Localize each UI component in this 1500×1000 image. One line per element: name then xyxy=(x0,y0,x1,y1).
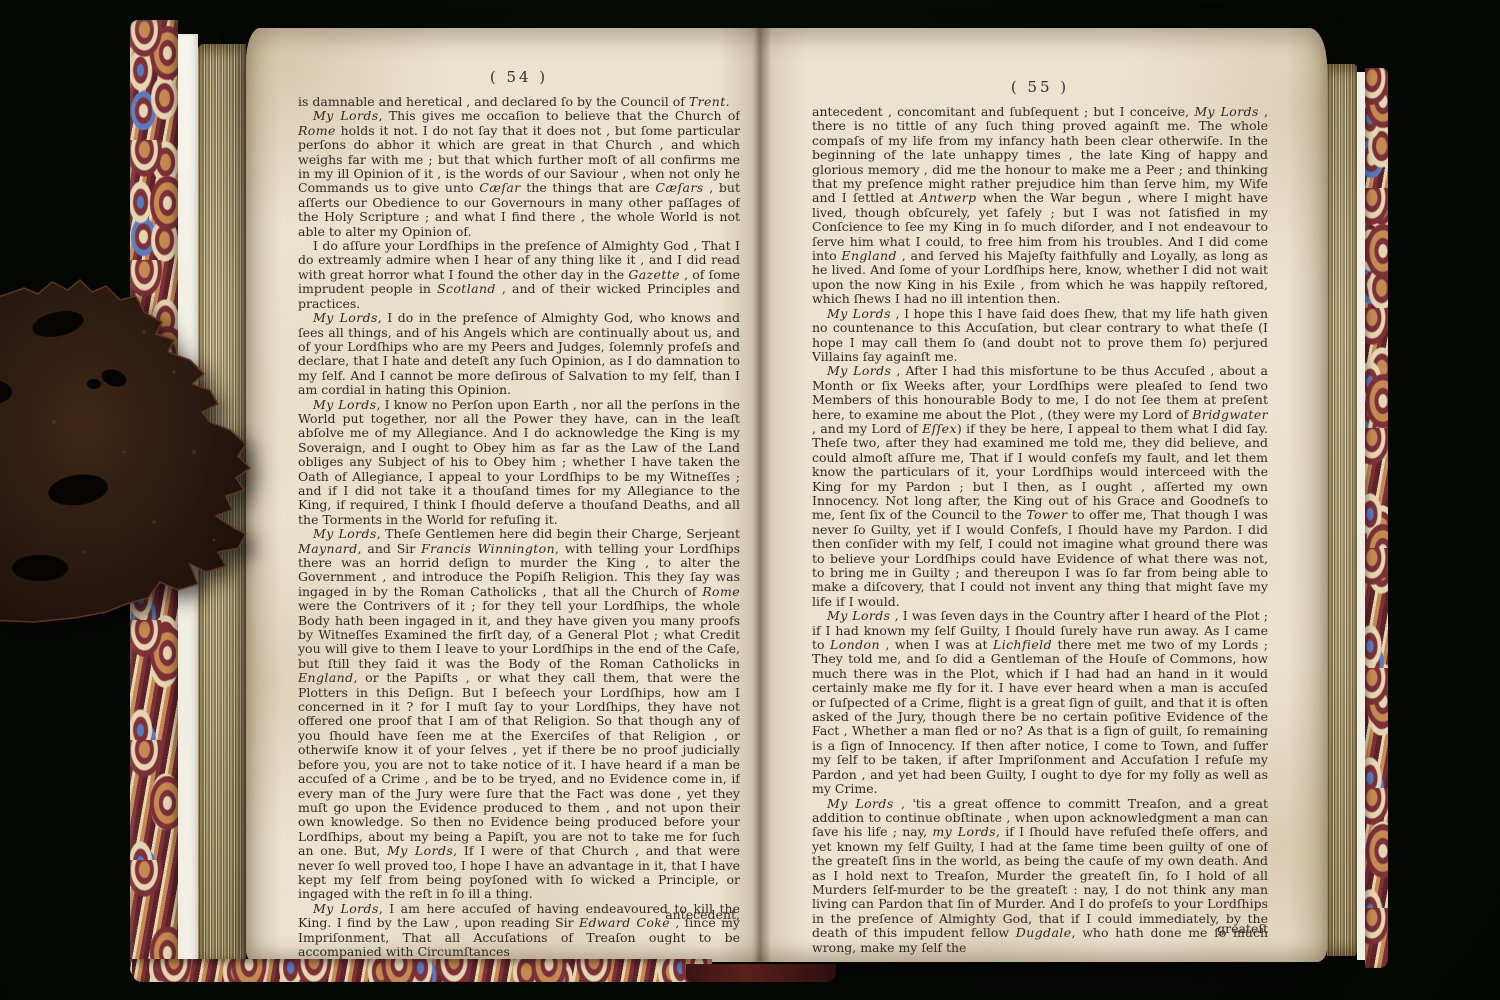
paragraph: My Lords , After I had this misfortune t… xyxy=(812,364,1268,609)
right-endpaper xyxy=(1357,72,1365,960)
paragraph: My Lords , I was ſeven days in the Count… xyxy=(812,609,1268,796)
page-55: ( 55 ) antecedent , concomitant and ſubſ… xyxy=(760,28,1327,962)
iron-ornament xyxy=(0,272,276,624)
paragraph: antecedent , concomitant and ſubſequent … xyxy=(812,105,1268,307)
page-number-54: ( 54 ) xyxy=(298,68,740,86)
spine-leather-edge xyxy=(686,964,836,982)
page-54: ( 54 ) is damnable and heretical , and d… xyxy=(246,28,760,962)
page-54-text: is damnable and heretical , and declared… xyxy=(298,95,740,959)
paragraph: My Lords, I do in the preſence of Almigh… xyxy=(298,311,740,397)
page-55-text: antecedent , concomitant and ſubſequent … xyxy=(812,105,1268,955)
page-54-content: ( 54 ) is damnable and heretical , and d… xyxy=(298,68,740,962)
paragraph: My Lords, I know no Perſon upon Earth , … xyxy=(298,398,740,528)
photo-background: { "book": { "left_page": { "page_number"… xyxy=(0,0,1500,1000)
right-cover-marbled-edge xyxy=(1365,68,1388,968)
paragraph: I do aſſure your Lordſhips in the preſen… xyxy=(298,239,740,311)
paragraph: My Lords, Theſe Gentlemen here did begin… xyxy=(298,527,740,902)
open-pages: ( 54 ) is damnable and heretical , and d… xyxy=(246,28,1327,962)
open-book: ( 54 ) is damnable and heretical , and d… xyxy=(130,20,1388,982)
catchword-right: greateſt xyxy=(1217,921,1268,936)
right-page-edges xyxy=(1327,64,1357,956)
page-number-55: ( 55 ) xyxy=(812,78,1268,96)
page-55-content: ( 55 ) antecedent , concomitant and ſubſ… xyxy=(812,78,1268,962)
paragraph: is damnable and heretical , and declared… xyxy=(298,95,740,109)
bottom-cover-marbled-edge xyxy=(132,959,712,982)
paragraph: My Lords, This gives me occaſion to beli… xyxy=(298,109,740,239)
paragraph: My Lords , I hope this I have ſaid does … xyxy=(812,307,1268,365)
catchword-left: antecedent, xyxy=(665,907,740,922)
paragraph: My Lords , 'tis a great offence to commi… xyxy=(812,797,1268,955)
